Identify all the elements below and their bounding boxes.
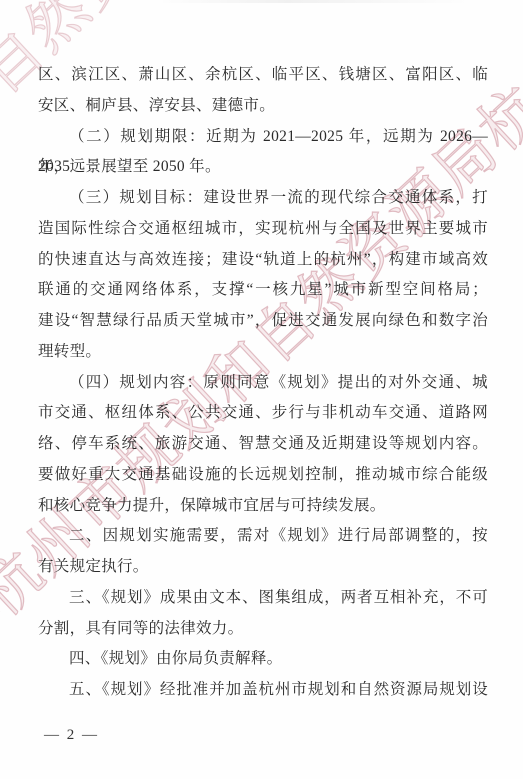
text-line: 有关规定执行。 [38,552,488,583]
text-line: 区、滨江区、萧山区、余杭区、临平区、钱塘区、富阳区、临 [38,60,488,91]
text-line: 络、停车系统、旅游交通、智慧交通及近期建设等规划内容。 [38,429,488,460]
document-body: 区、滨江区、萧山区、余杭区、临平区、钱塘区、富阳区、临安区、桐庐县、淳安县、建德… [38,60,488,706]
text-line: 要做好重大交通基础设施的长远规划控制，推动城市综合能级 [38,460,488,491]
text-line: 的快速直达与高效连接；建设“轨道上的杭州”，构建市域高效 [38,245,488,276]
page-number: — 2 — [44,727,99,744]
text-line: 二、因规划实施需要，需对《规划》进行局部调整的，按 [38,521,488,552]
text-line: 分割，具有同等的法律效力。 [38,614,488,645]
text-line: 和核心竞争力提升，保障城市宜居与可持续发展。 [38,491,488,522]
text-line: 安区、桐庐县、淳安县、建德市。 [38,91,488,122]
text-line: 五、《规划》经批准并加盖杭州市规划和自然资源局规划设 [38,675,488,706]
text-line: 建设“智慧绿行品质天堂城市”，促进交通发展向绿色和数字治 [38,306,488,337]
text-line: （二）规划期限：近期为 2021—2025 年，远期为 2026—2035 [38,122,488,153]
text-line: 年，远景展望至 2050 年。 [38,152,488,183]
text-line: 联通的交通网络体系，支撑“一核九星”城市新型空间格局； [38,275,488,306]
document-page: 杭州市规划和自然资源局杭州市 杭州市规划和自然资源局杭州市 区、滨江区、萧山区、… [0,0,523,779]
scan-artifact-band [0,0,523,3]
text-line: 市交通、枢纽体系、公共交通、步行与非机动车交通、道路网 [38,398,488,429]
text-line: 四、《规划》由你局负责解释。 [38,644,488,675]
text-line: 理转型。 [38,337,488,368]
text-line: （三）规划目标：建设世界一流的现代综合交通体系，打 [38,183,488,214]
text-line: 三、《规划》成果由文本、图集组成，两者互相补充，不可 [38,583,488,614]
text-line: 造国际性综合交通枢纽城市，实现杭州与全国及世界主要城市 [38,214,488,245]
text-line: （四）规划内容：原则同意《规划》提出的对外交通、城 [38,368,488,399]
